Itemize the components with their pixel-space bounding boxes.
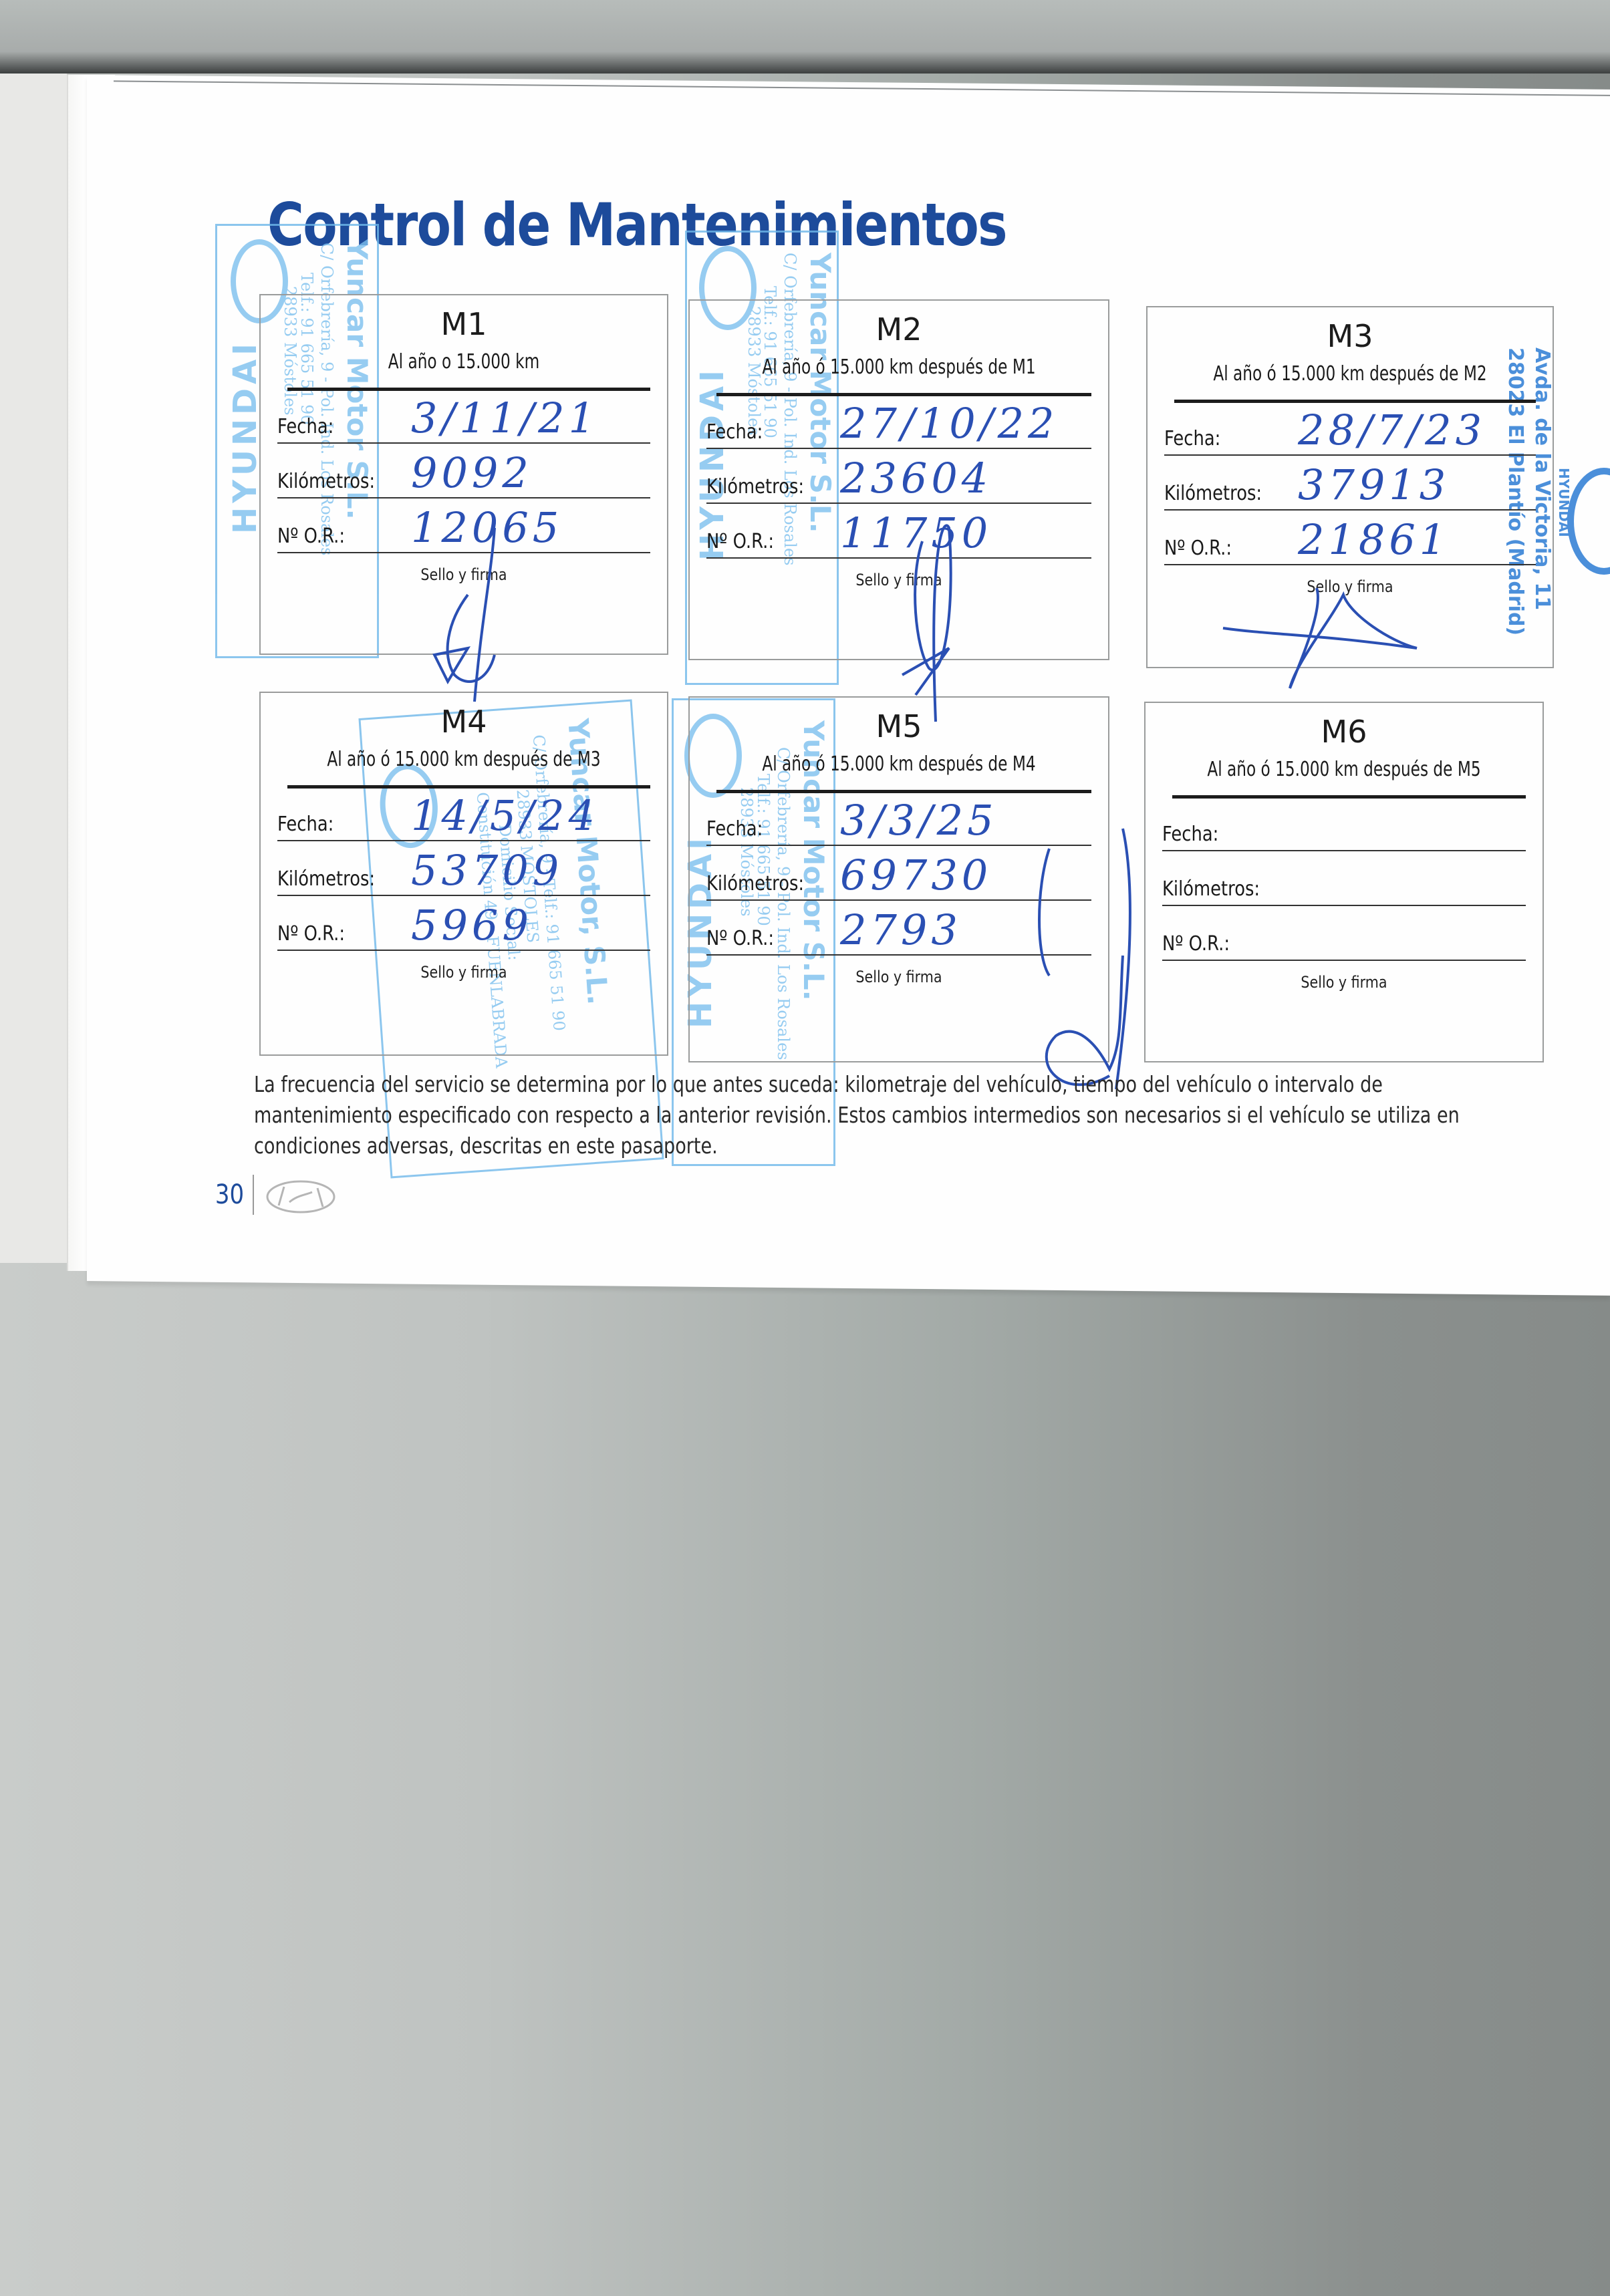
fecha-value: 27/10/22	[840, 399, 1058, 448]
km-label: Kilómetros:	[706, 475, 804, 498]
service-frequency-note: La frecuencia del servicio se determina …	[254, 1069, 1460, 1161]
or-value: 2793	[840, 905, 962, 954]
sello-label: Sello y firma	[1174, 973, 1515, 992]
or-value: 5969	[411, 901, 533, 950]
maintenance-id: M1	[261, 306, 667, 342]
fecha-value: 3/3/25	[840, 796, 998, 845]
km-field[interactable]: Kilómetros:37913	[1164, 462, 1536, 511]
fecha-field[interactable]: Fecha:14/5/24	[277, 793, 650, 841]
scanner-background-top	[0, 0, 1610, 74]
header-rule	[716, 393, 1091, 396]
km-value: 69730	[840, 851, 992, 899]
or-label: Nº O.R.:	[1162, 932, 1230, 956]
or-label: Nº O.R.:	[706, 530, 774, 553]
or-label: Nº O.R.:	[1164, 537, 1232, 560]
maintenance-id: M3	[1148, 318, 1553, 354]
km-label: Kilómetros:	[277, 470, 375, 493]
km-label: Kilómetros:	[1164, 482, 1262, 505]
km-label: Kilómetros:	[277, 867, 375, 891]
maintenance-id: M2	[690, 311, 1108, 347]
or-field[interactable]: Nº O.R.:5969	[277, 903, 650, 951]
km-field[interactable]: Kilómetros:23604	[706, 456, 1091, 504]
maintenance-interval: Al año ó 15.000 km después de M4	[719, 752, 1079, 776]
left-page-edge	[0, 74, 67, 1263]
fecha-field[interactable]: Fecha:	[1162, 803, 1526, 851]
header-rule	[716, 790, 1091, 793]
fecha-value: 28/7/23	[1298, 406, 1486, 454]
signature-m2	[896, 515, 976, 728]
maintenance-interval: Al año ó 15.000 km después de M3	[289, 748, 639, 771]
km-field[interactable]: Kilómetros:9092	[277, 450, 650, 498]
header-rule	[287, 785, 650, 788]
maintenance-id: M4	[261, 704, 667, 740]
page-top-edge	[114, 80, 1610, 96]
km-label: Kilómetros:	[1162, 877, 1260, 901]
signature-m5	[1023, 822, 1143, 1103]
maintenance-interval: Al año o 15.000 km	[289, 350, 639, 374]
fecha-label: Fecha:	[277, 813, 333, 836]
or-label: Nº O.R.:	[277, 922, 345, 946]
fecha-label: Fecha:	[277, 415, 333, 438]
stamp-brand: HYUNDAI	[227, 339, 264, 534]
km-value: 53709	[411, 846, 563, 895]
fecha-value: 3/11/21	[411, 394, 599, 442]
sello-label: Sello y firma	[289, 963, 639, 982]
header-rule	[1174, 400, 1536, 403]
fecha-label: Fecha:	[1162, 823, 1218, 846]
maintenance-interval: Al año ó 15.000 km después de M1	[719, 355, 1079, 379]
fecha-label: Fecha:	[1164, 427, 1220, 450]
maintenance-interval: Al año ó 15.000 km después de M2	[1176, 362, 1524, 386]
hyundai-logo-icon	[264, 1179, 338, 1215]
signature-m3	[1216, 581, 1430, 695]
fecha-value: 14/5/24	[411, 791, 599, 840]
fecha-field[interactable]: Fecha:27/10/22	[706, 401, 1091, 449]
maintenance-interval: Al año ó 15.000 km después de M5	[1174, 758, 1515, 781]
fecha-field[interactable]: Fecha:3/11/21	[277, 396, 650, 444]
or-label: Nº O.R.:	[277, 525, 345, 548]
fecha-label: Fecha:	[706, 817, 763, 841]
fecha-field[interactable]: Fecha:28/7/23	[1164, 408, 1536, 456]
km-value: 23604	[840, 454, 992, 503]
km-label: Kilómetros:	[706, 872, 804, 895]
or-field[interactable]: Nº O.R.:	[1162, 913, 1526, 961]
km-value: 37913	[1298, 460, 1450, 509]
maintenance-id: M6	[1146, 714, 1542, 750]
or-label: Nº O.R.:	[706, 927, 774, 950]
header-rule	[287, 388, 650, 391]
or-field[interactable]: Nº O.R.:21861	[1164, 517, 1536, 565]
page-number: 30	[215, 1179, 244, 1210]
fecha-label: Fecha:	[706, 420, 763, 444]
header-rule	[1172, 795, 1526, 799]
km-field[interactable]: Kilómetros:	[1162, 858, 1526, 906]
footer-divider	[253, 1175, 254, 1215]
km-field[interactable]: Kilómetros:53709	[277, 848, 650, 896]
km-value: 9092	[411, 448, 533, 497]
or-value: 21861	[1298, 515, 1450, 564]
maintenance-box-m4: M4 Al año ó 15.000 km después de M3 Fech…	[259, 692, 668, 1056]
maintenance-box-m6: M6 Al año ó 15.000 km después de M5 Fech…	[1144, 702, 1544, 1062]
signature-m1	[428, 521, 521, 708]
